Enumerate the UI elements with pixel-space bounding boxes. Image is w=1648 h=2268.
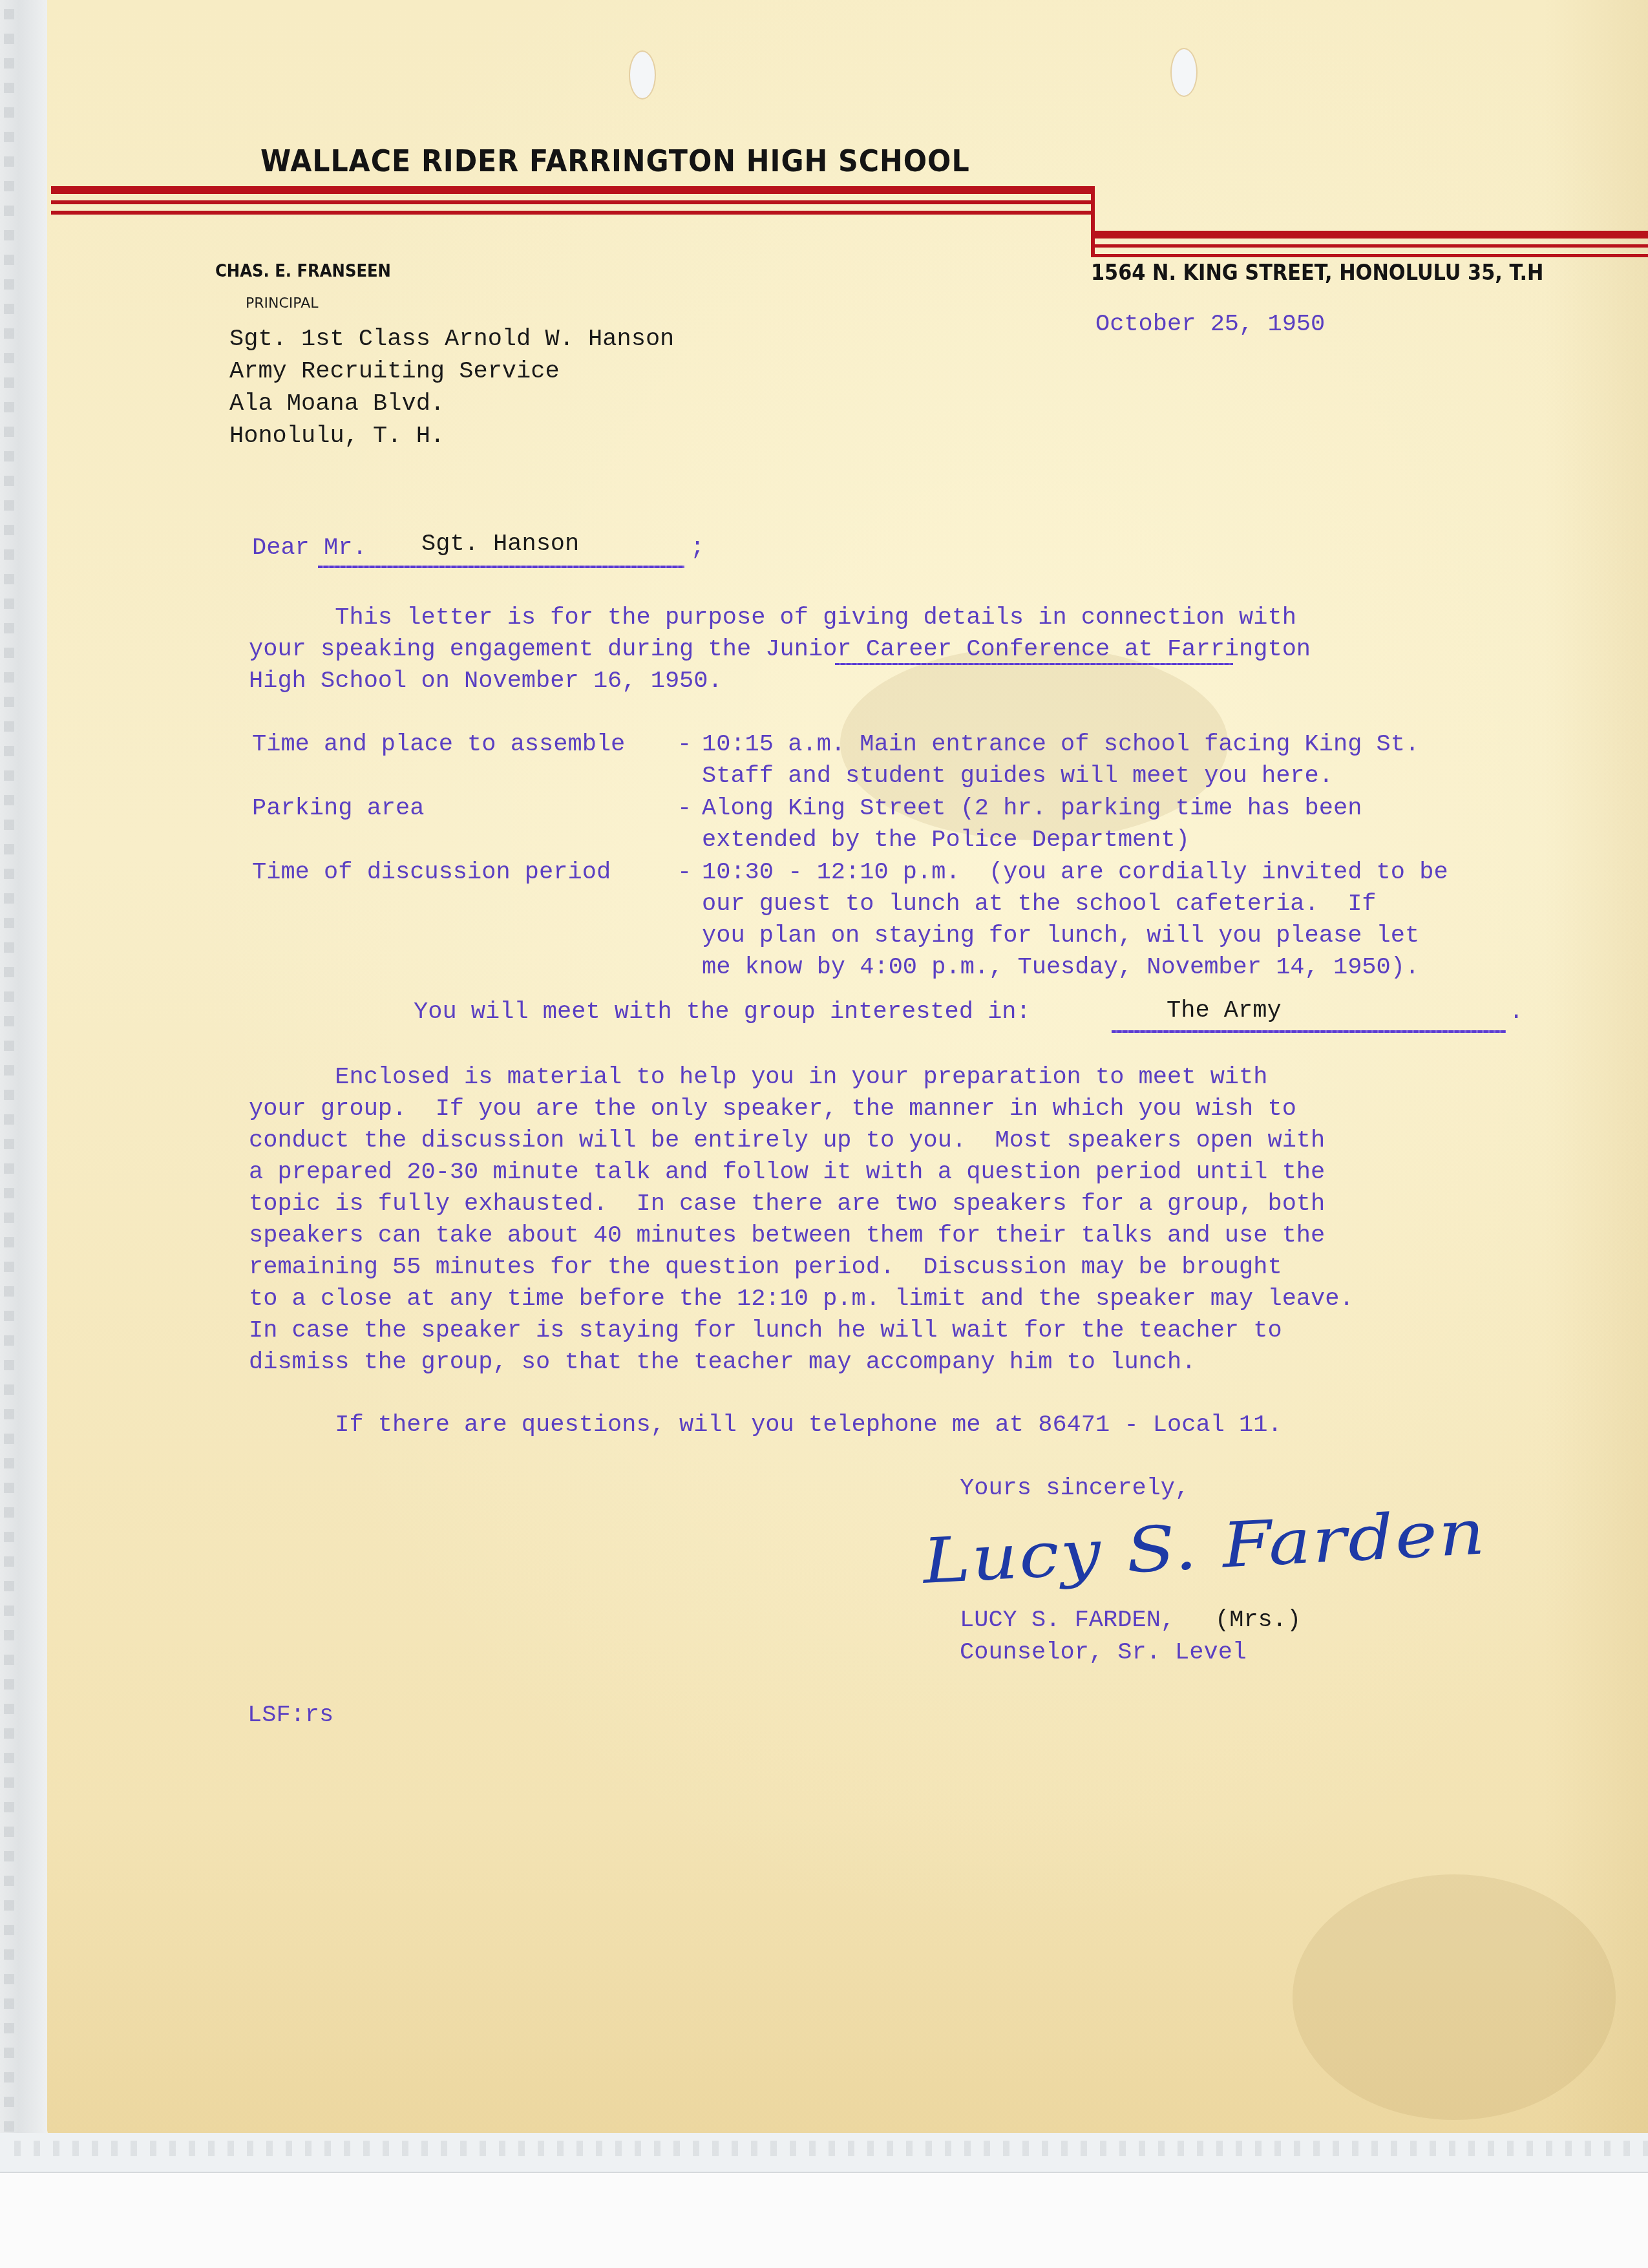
detail-label: Time and place to assemble	[252, 729, 625, 761]
salutation-prefix: Dear Mr.	[252, 533, 367, 564]
letter-date: October 25, 1950	[1095, 309, 1325, 341]
reference-initials: LSF:rs	[248, 1700, 333, 1732]
paragraph-line: In case the speaker is staying for lunch…	[249, 1315, 1282, 1347]
paragraph-line: This letter is for the purpose of giving…	[249, 602, 1296, 634]
complimentary-close: Yours sincerely,	[960, 1473, 1189, 1505]
detail-value: me know by 4:00 p.m., Tuesday, November …	[702, 952, 1419, 984]
detail-value: Along King Street (2 hr. parking time ha…	[702, 793, 1362, 825]
school-address: 1564 N. KING STREET, HONOLULU 35, T.H	[1091, 260, 1543, 285]
punch-hole-right	[1172, 49, 1196, 96]
paper-edge-shade	[1545, 0, 1648, 2137]
sleeve-binding-holes	[4, 0, 14, 2133]
red-rule-lower	[51, 211, 1095, 215]
paragraph-line: dismiss the group, so that the teacher m…	[249, 1347, 1196, 1379]
red-rule-thick	[51, 186, 1095, 194]
principal-name: CHAS. E. FRANSEEN	[215, 261, 391, 281]
group-underline	[1112, 1030, 1506, 1033]
paragraph-line: your speaking engagement during the Juni…	[249, 634, 1311, 666]
detail-value: you plan on staying for lunch, will you …	[702, 920, 1419, 952]
red-rule-middle	[51, 200, 1095, 204]
detail-dash: -	[677, 729, 692, 761]
detail-value: extended by the Police Department)	[702, 825, 1190, 856]
signer-honorific: (Mrs.)	[1215, 1605, 1301, 1637]
red-rule-thick-right	[1091, 231, 1648, 238]
detail-dash: -	[677, 857, 692, 889]
salutation-underline	[318, 566, 684, 568]
paragraph-line: remaining 55 minutes for the question pe…	[249, 1252, 1282, 1284]
paragraph-line: to a close at any time before the 12:10 …	[249, 1284, 1354, 1315]
detail-dash: -	[677, 793, 692, 825]
group-value: The Army	[1167, 995, 1282, 1027]
principal-title: PRINCIPAL	[246, 295, 319, 312]
paragraph-line: conduct the discussion will be entirely …	[249, 1125, 1325, 1157]
recipient-line: Honolulu, T. H.	[229, 421, 445, 452]
punch-hole-left	[630, 52, 655, 98]
detail-value: 10:30 - 12:10 p.m. (you are cordially in…	[702, 857, 1448, 889]
school-name: WALLACE RIDER FARRINGTON HIGH SCHOOL	[260, 143, 970, 178]
signer-title: Counselor, Sr. Level	[960, 1637, 1247, 1669]
detail-value: 10:15 a.m. Main entrance of school facin…	[702, 729, 1419, 761]
paragraph-line: High School on November 16, 1950.	[249, 666, 723, 697]
detail-label: Time of discussion period	[252, 857, 611, 889]
salutation-suffix: ;	[690, 533, 704, 564]
detail-label: Parking area	[252, 793, 424, 825]
recipient-line: Ala Moana Blvd.	[229, 388, 445, 420]
red-rule-middle-right	[1091, 244, 1648, 248]
recipient-line: Sgt. 1st Class Arnold W. Hanson	[229, 324, 674, 355]
conference-underline	[835, 663, 1233, 665]
group-suffix: .	[1509, 997, 1523, 1028]
detail-value: our guest to lunch at the school cafeter…	[702, 889, 1377, 920]
paragraph-line: speakers can take about 40 minutes betwe…	[249, 1220, 1325, 1252]
paragraph-line: Enclosed is material to help you in your…	[249, 1062, 1267, 1094]
detail-value: Staff and student guides will meet you h…	[702, 761, 1333, 792]
paragraph-line: your group. If you are the only speaker,…	[249, 1094, 1296, 1125]
group-prefix: You will meet with the group interested …	[414, 997, 1031, 1028]
recipient-line: Army Recruiting Service	[229, 356, 560, 388]
paragraph-line: a prepared 20-30 minute talk and follow …	[249, 1157, 1325, 1189]
paper-stain	[1293, 1874, 1616, 2120]
salutation-name: Sgt. Hanson	[421, 529, 579, 560]
signer-name: LUCY S. FARDEN,	[960, 1605, 1175, 1637]
paragraph-line: topic is fully exhausted. In case there …	[249, 1189, 1325, 1220]
red-rule-lower-right	[1091, 254, 1648, 257]
sleeve-bottom-perforation	[6, 2141, 1648, 2156]
closing-paragraph: If there are questions, will you telepho…	[249, 1410, 1282, 1441]
